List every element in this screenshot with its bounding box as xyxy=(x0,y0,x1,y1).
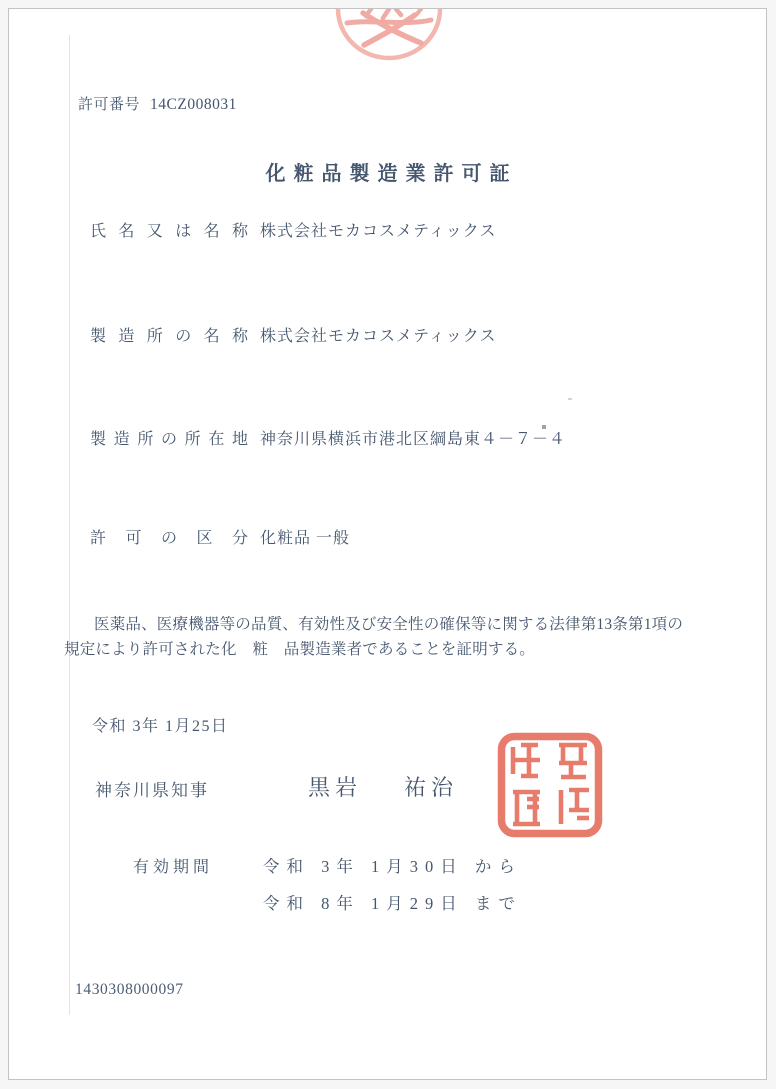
validity-label: 有効期間 xyxy=(133,854,213,877)
validity-to: 令和 8年 1月29日 まで xyxy=(263,890,522,914)
issuer-given-name: 祐治 xyxy=(404,771,458,802)
permit-number-label: 許可番号 xyxy=(78,97,140,113)
field-value: 株式会社モカコスメティックス xyxy=(260,223,497,240)
serial-number: 1430308000097 xyxy=(75,981,184,999)
permit-number-value: 14CZ008031 xyxy=(150,96,237,113)
field-label: 許可の区分 xyxy=(90,525,248,548)
statement-line-1: 医薬品、医療機器等の品質、有効性及び安全性の確保等に関する法律第13条第1項の xyxy=(64,612,724,637)
field-row-permit-category: 許可の区分 化粧品 一般 xyxy=(90,525,350,548)
field-label: 製造所の所在地 xyxy=(90,426,248,449)
document-title: 化粧品製造業許可証 xyxy=(9,157,766,186)
scanned-license-document: { "document": { "permit": { "label": "許可… xyxy=(0,0,776,1089)
field-value: 株式会社モカコスメティックス xyxy=(260,328,497,345)
issuer-family-name: 黒岩 xyxy=(308,771,362,802)
field-label: 製造所の名称 xyxy=(90,323,248,346)
scan-speck xyxy=(542,425,546,429)
permit-number-row: 許可番号14CZ008031 xyxy=(78,93,237,114)
field-value: 化粧品 一般 xyxy=(260,530,350,547)
top-partial-stamp-icon xyxy=(333,9,445,61)
scan-speck xyxy=(568,398,572,400)
field-row-applicant-name: 氏名又は名称 株式会社モカコスメティックス xyxy=(90,218,497,241)
issuer-name: 黒岩 祐治 xyxy=(308,771,458,802)
field-label: 氏名又は名称 xyxy=(90,218,248,241)
field-value: 神奈川県横浜市港北区綱島東４－７－４ xyxy=(260,431,566,448)
validity-from: 令和 3年 1月30日 から xyxy=(263,853,522,877)
governor-seal-icon xyxy=(497,732,603,838)
field-row-factory-name: 製造所の名称 株式会社モカコスメティックス xyxy=(90,323,497,346)
issue-date: 令和 3年 1月25日 xyxy=(92,713,229,736)
field-row-factory-address: 製造所の所在地 神奈川県横浜市港北区綱島東４－７－４ xyxy=(90,426,566,449)
certificate-page: 許可番号14CZ008031 化粧品製造業許可証 氏名又は名称 株式会社モカコス… xyxy=(8,8,767,1080)
certification-statement: 医薬品、医療機器等の品質、有効性及び安全性の確保等に関する法律第13条第1項の … xyxy=(64,612,724,662)
issuer-title: 神奈川県知事 xyxy=(95,776,209,801)
statement-line-2: 規定により許可された化 粧 品製造業者であることを証明する。 xyxy=(64,637,724,662)
